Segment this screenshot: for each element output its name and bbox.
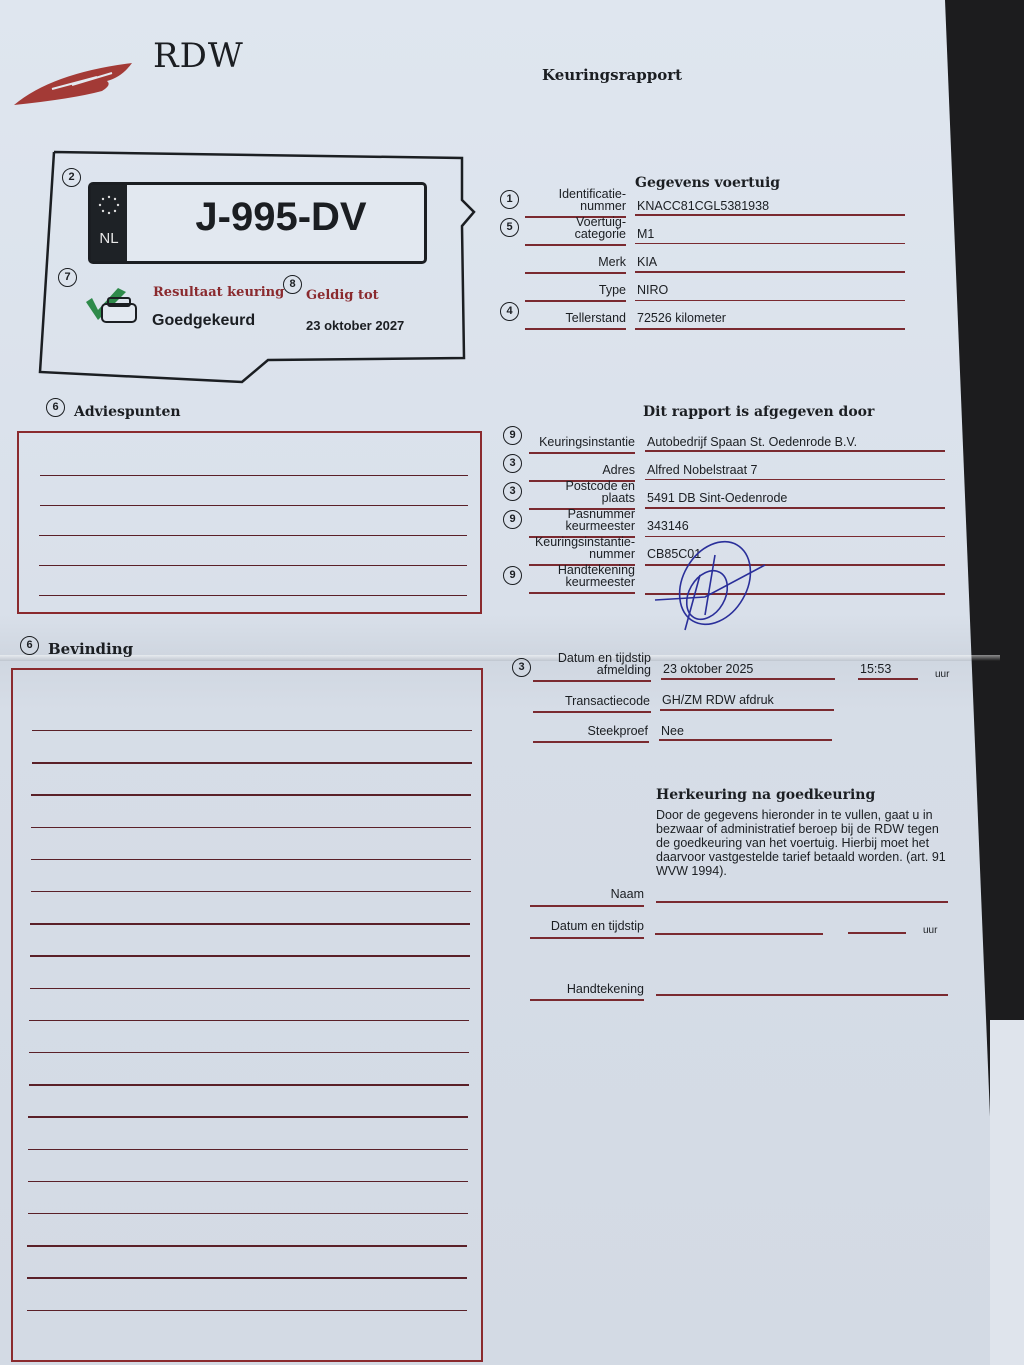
findings-box[interactable] — [11, 668, 483, 1362]
writing-line — [31, 859, 471, 860]
writing-line — [32, 762, 472, 763]
field-value: M1 — [637, 227, 654, 241]
eu-flag-icon: NL — [91, 185, 127, 261]
writing-line — [40, 475, 468, 476]
time-unit: uur — [935, 669, 949, 680]
field-label: Identificatie- nummer — [519, 188, 626, 212]
registration-time: 15:53 — [860, 662, 891, 676]
advice-box[interactable] — [17, 431, 482, 614]
marker-3: 3 — [503, 482, 522, 501]
marker-5: 5 — [500, 218, 519, 237]
writing-line — [27, 1310, 467, 1311]
field-value: Alfred Nobelstraat 7 — [647, 463, 757, 477]
writing-line — [40, 505, 468, 506]
transaction-label: Transactiecode — [530, 695, 650, 707]
reinspection-date-field[interactable] — [655, 933, 823, 935]
field-label: Merk — [519, 256, 626, 268]
writing-line — [27, 1277, 467, 1278]
marker-9: 9 — [503, 426, 522, 445]
writing-line — [30, 955, 470, 956]
field-label: Pasnummer keurmeester — [523, 508, 635, 532]
signature-label: Handtekening — [530, 983, 644, 995]
rdw-logo-icon — [12, 55, 137, 107]
field-label: Keuringsinstantie- nummer — [523, 536, 635, 560]
inspector-signature — [645, 535, 780, 635]
reinspection-time-field[interactable] — [848, 932, 906, 934]
field-value: 5491 DB Sint-Oedenrode — [647, 491, 787, 505]
underlying-paper — [990, 1020, 1024, 1365]
field-label: Keuringsinstantie — [523, 436, 635, 448]
marker-3: 3 — [503, 454, 522, 473]
marker-1: 1 — [500, 190, 519, 209]
writing-line — [30, 988, 470, 989]
document-title: Keuringsrapport — [542, 66, 682, 84]
field-value: KNACC81CGL5381938 — [637, 199, 769, 213]
advice-heading: Adviespunten — [74, 404, 181, 420]
marker-2: 2 — [62, 168, 81, 187]
writing-line — [30, 923, 470, 924]
marker-8: 8 — [283, 275, 302, 294]
field-label: Postcode en plaats — [523, 480, 635, 504]
sample-value: Nee — [661, 724, 684, 738]
reinspection-datetime-label: Datum en tijdstip — [530, 920, 644, 932]
signature-field[interactable] — [656, 994, 948, 996]
writing-line — [31, 794, 471, 795]
reinspection-heading: Herkeuring na goedkeuring — [656, 787, 875, 803]
transaction-value: GH/ZM RDW afdruk — [662, 693, 774, 707]
name-field[interactable] — [656, 901, 948, 903]
writing-line — [27, 1245, 467, 1246]
field-value: Autobedrijf Spaan St. Oedenrode B.V. — [647, 435, 857, 449]
writing-line — [31, 827, 471, 828]
field-label: Voertuig- categorie — [519, 216, 626, 240]
marker-9: 9 — [503, 566, 522, 585]
marker-9: 9 — [503, 510, 522, 529]
issuer-heading: Dit rapport is afgegeven door — [643, 404, 874, 420]
sample-label: Steekproef — [530, 725, 648, 737]
paper-fold — [0, 655, 1000, 661]
registration-date: 23 oktober 2025 — [663, 662, 753, 676]
country-code: NL — [91, 230, 127, 247]
writing-line — [28, 1149, 468, 1150]
valid-until-label: Geldig tot — [306, 288, 379, 303]
field-label: Type — [519, 284, 626, 296]
marker-3: 3 — [512, 658, 531, 677]
findings-heading: Bevinding — [48, 640, 133, 658]
approved-car-icon — [86, 288, 141, 328]
name-label: Naam — [530, 888, 644, 900]
writing-line — [39, 565, 467, 566]
marker-6-advice: 6 — [46, 398, 65, 417]
license-plate-number: J-995-DV — [141, 195, 421, 240]
writing-line — [28, 1116, 468, 1117]
field-value: 72526 kilometer — [637, 311, 726, 325]
vehicle-heading: Gegevens voertuig — [635, 175, 780, 191]
result-label: Resultaat keuring — [153, 285, 284, 300]
field-value: 343146 — [647, 519, 689, 533]
result-value: Goedgekeurd — [152, 312, 255, 330]
writing-line — [28, 1181, 468, 1182]
writing-line — [39, 535, 467, 536]
writing-line — [29, 1052, 469, 1053]
field-value: KIA — [637, 255, 657, 269]
field-label: Tellerstand — [519, 312, 626, 324]
field-value: NIRO — [637, 283, 668, 297]
reinspection-time-unit: uur — [923, 925, 937, 936]
valid-until-value: 23 oktober 2027 — [306, 318, 404, 333]
writing-line — [29, 1084, 469, 1085]
license-plate: NL J-995-DV — [88, 182, 427, 264]
marker-6-findings: 6 — [20, 636, 39, 655]
logo-text: RDW — [153, 36, 244, 76]
field-label: Handtekening keurmeester — [523, 564, 635, 588]
reinspection-text: Door de gegevens hieronder in te vullen,… — [656, 808, 951, 878]
writing-line — [31, 891, 471, 892]
writing-line — [39, 595, 467, 596]
writing-line — [28, 1213, 468, 1214]
writing-line — [29, 1020, 469, 1021]
marker-4: 4 — [500, 302, 519, 321]
field-label: Adres — [523, 464, 635, 476]
marker-7: 7 — [58, 268, 77, 287]
writing-line — [32, 730, 472, 731]
datetime-label: Datum en tijdstip afmelding — [530, 652, 651, 676]
